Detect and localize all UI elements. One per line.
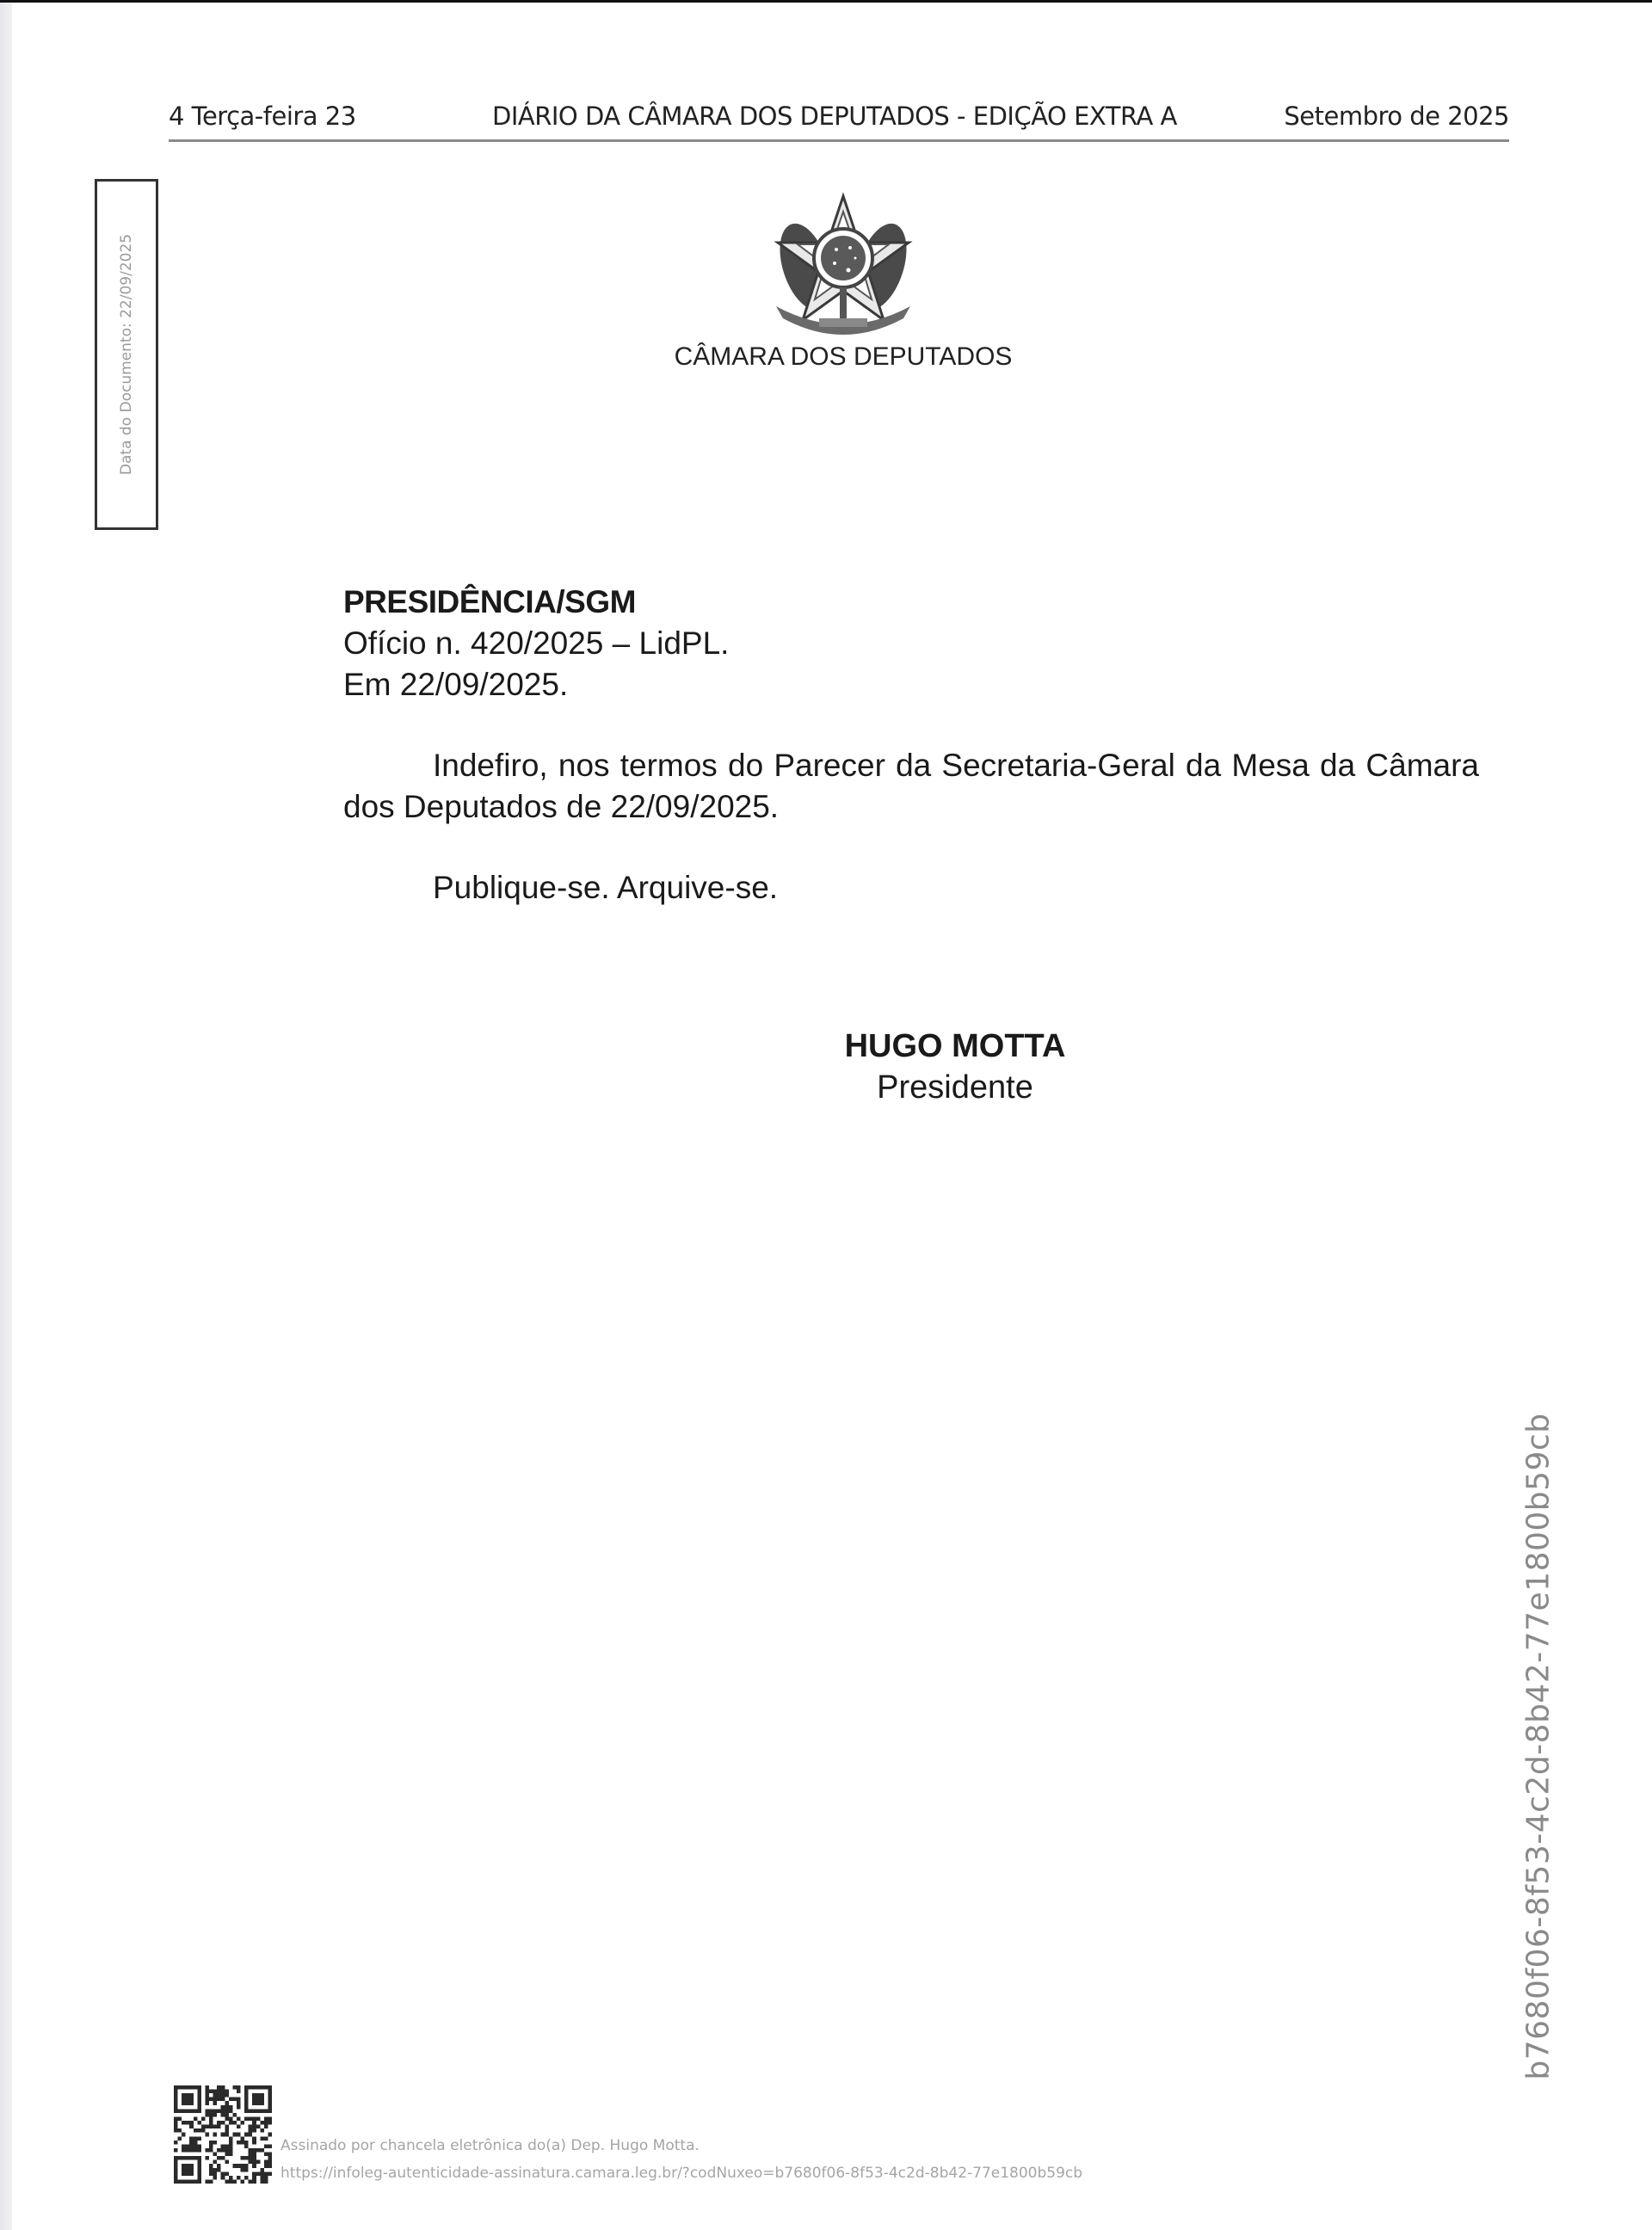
qr-code-icon[interactable] [174,2085,272,2184]
document-hash: b7680f06-8f53-4c2d-8b42-77e1800b59cb [1521,1413,1556,2079]
signatory-title: Presidente [783,1067,1127,1108]
signature-block: HUGO MOTTA Presidente [783,1026,1127,1108]
official-letter-reference: Ofício n. 420/2025 – LidPL. [343,623,1479,664]
publication-title: DIÁRIO DA CÂMARA DOS DEPUTADOS - EDIÇÃO … [492,102,1177,131]
decision-date: Em 22/09/2025. [343,664,1479,705]
document-body: PRESIDÊNCIA/SGM Ofício n. 420/2025 – Lid… [343,582,1479,909]
section-title: PRESIDÊNCIA/SGM [343,582,1479,623]
verification-url-link[interactable]: https://infoleg-autenticidade-assinatura… [280,2159,1082,2187]
electronic-signature-note: Assinado por chancela eletrônica do(a) D… [280,2132,1082,2159]
document-date-stamp: Data do Documento: 22/09/2025 [95,179,158,530]
institution-name: CÂMARA DOS DEPUTADOS [516,342,1170,372]
publication-month-year: Setembro de 2025 [1284,102,1509,131]
viewer-left-gutter [0,3,12,2230]
coat-of-arms-icon [766,191,921,337]
decision-paragraph: Indefiro, nos termos do Parecer da Secre… [343,745,1479,828]
document-date-text: Data do Documento: 22/09/2025 [118,234,135,475]
publication-order-paragraph: Publique-se. Arquive-se. [343,867,1479,909]
signatory-name: HUGO MOTTA [783,1026,1127,1067]
page-number-date: 4 Terça-feira 23 [169,102,356,131]
signature-verification: Assinado por chancela eletrônica do(a) D… [280,2132,1082,2187]
page-header: 4 Terça-feira 23 DIÁRIO DA CÂMARA DOS DE… [169,100,1509,142]
